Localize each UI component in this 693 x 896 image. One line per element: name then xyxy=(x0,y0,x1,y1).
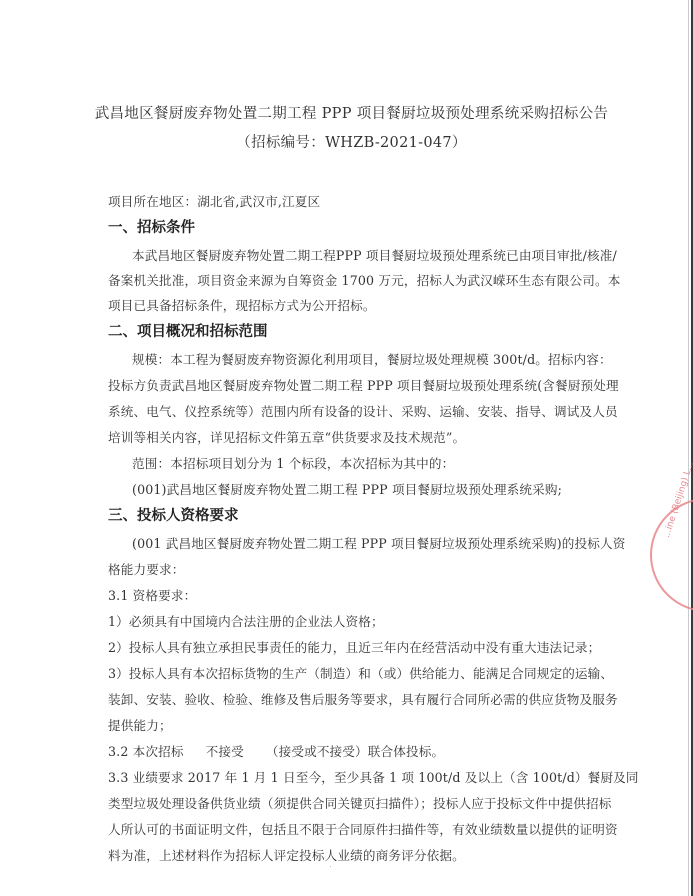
joint-bid-prefix: 3.2 本次招标 xyxy=(108,744,184,759)
paragraph-line: 范围：本招标项目划分为 1 个标段，本次招标为其中的： xyxy=(132,456,454,472)
subsection-heading: 3.1 资格要求： xyxy=(108,588,196,604)
lot-item: (001)武昌地区餐厨废弃物处置二期工程 PPP 项目餐厨垃圾预处理系统采购; xyxy=(132,482,562,498)
requirement-item: 提供能力； xyxy=(108,718,172,734)
requirement-item: 装卸、安装、验收、检验、维修及售后服务等要求，具有履行合同所必需的供应货物及服务 xyxy=(108,692,618,708)
document-title: 武昌地区餐厨废弃物处置二期工程 PPP 项目餐厨垃圾预处理系统采购招标公告 xyxy=(5,102,693,123)
project-location: 项目所在地区：湖北省,武汉市,江夏区 xyxy=(108,194,320,210)
scan-speck xyxy=(330,866,331,867)
performance-requirement: 料为准，上述材料作为招标人评定投标人业绩的商务评分依据。 xyxy=(108,848,465,864)
section-heading-bidder-qualifications: 三、投标人资格要求 xyxy=(108,507,239,525)
joint-bid-value: 不接受 xyxy=(206,744,244,759)
paragraph-line: 项目已具备招标条件，现招标方式为公开招标。 xyxy=(108,298,376,314)
paragraph-line: 规模：本工程为餐厨废弃物资源化利用项目，餐厨垃圾处理规模 300t/d。招标内容… xyxy=(132,352,612,368)
paragraph-line: (001 武昌地区餐厨废弃物处置二期工程 PPP 项目餐厨垃圾预处理系统采购)的… xyxy=(132,536,626,552)
joint-bid-statement: 3.2 本次招标不接受（接受或不接受）联合体投标。 xyxy=(108,744,444,760)
paragraph-line: 培训等相关内容，详见招标文件第五章“供货要求及技术规范”。 xyxy=(108,430,465,446)
paragraph-line: 格能力要求： xyxy=(108,562,184,578)
requirement-item: 2）投标人具有独立承担民事责任的能力，且近三年内在经营活动中没有重大违法记录； xyxy=(108,640,600,656)
paragraph-line: 备案机关批准，项目资金来源为自筹资金 1700 万元，招标人为武汉嵘环生态有限公… xyxy=(108,273,620,289)
performance-requirement: 3.3 业绩要求 2017 年 1 月 1 日至今，至少具备 1 项 100t/… xyxy=(108,770,639,786)
scan-speck xyxy=(300,353,301,354)
paragraph-line: 系统、电气、仪控系统等）范围内所有设备的设计、采购、运输、安装、指导、调试及人员 xyxy=(108,404,618,420)
section-heading-project-overview: 二、项目概况和招标范围 xyxy=(108,323,268,341)
performance-requirement: 人所认可的书面证明文件，包括且不限于合同原件扫描件等，有效业绩数量以提供的证明资 xyxy=(108,822,618,838)
requirement-item: 1）必须具有中国境内合法注册的企业法人资格； xyxy=(108,614,384,630)
performance-requirement: 类型垃圾处理设备供货业绩（须提供合同关键页扫描件）；投标人应于投标文件中提供招标 xyxy=(108,796,611,812)
tender-number: （招标编号：WHZB-2021-047） xyxy=(5,131,693,152)
requirement-item: 3）投标人具有本次招标货物的生产（制造）和（或）供给能力、能满足合同规定的运输、 xyxy=(108,666,613,682)
document-page: 武昌地区餐厨废弃物处置二期工程 PPP 项目餐厨垃圾预处理系统采购招标公告 （招… xyxy=(0,0,693,896)
section-heading-tender-conditions: 一、招标条件 xyxy=(108,219,195,237)
joint-bid-suffix: （接受或不接受）联合体投标。 xyxy=(266,744,444,759)
paragraph-line: 本武昌地区餐厨废弃物处置二期工程PPP 项目餐厨垃圾预处理系统已由项目审批/核准… xyxy=(132,248,617,264)
paragraph-line: 投标方负责武昌地区餐厨废弃物处置二期工程 PPP 项目餐厨垃圾预处理系统(含餐厨… xyxy=(108,378,619,394)
